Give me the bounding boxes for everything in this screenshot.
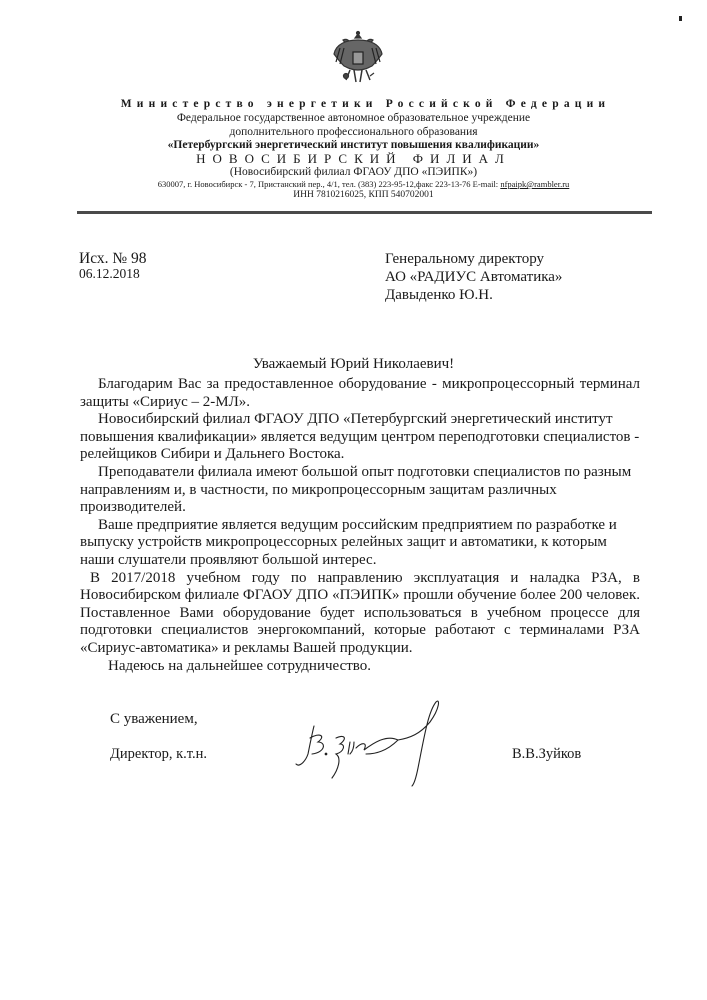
ministry-name: Министерство энергетики Российской Федер… (12, 98, 707, 110)
email-link[interactable]: nfpaipk@rambler.ru (500, 179, 569, 189)
branch-short-name: (Новосибирский филиал ФГАОУ ДПО «ПЭИПК») (0, 166, 707, 178)
letterhead-divider (77, 211, 652, 214)
scan-speck (679, 16, 682, 21)
paragraph: В 2017/2018 учебном году по направлению … (80, 570, 640, 658)
signer-title: Директор, к.т.н. (110, 746, 207, 763)
paragraph: Надеюсь на дальнейшее сотрудничество. (80, 658, 640, 676)
salutation: Уважаемый Юрий Николаевич! (0, 356, 707, 373)
contacts-line: 630007, г. Новосибирск - 7, Пристанский … (10, 179, 707, 189)
branch-name: НОВОСИБИРСКИЙ ФИЛИАЛ (0, 151, 707, 167)
letter-body: Благодарим Вас за предоставленное оборуд… (80, 376, 640, 675)
addressee-block: Генеральному директору АО «РАДИУС Автома… (385, 250, 562, 304)
coat-of-arms-icon (328, 28, 388, 88)
signer-name: В.В.Зуйков (512, 746, 581, 763)
org-type-line: Федеральное государственное автономное о… (0, 112, 707, 124)
requisites-line: ИНН 7810216025, КПП 540702001 (10, 190, 707, 200)
paragraph: Благодарим Вас за предоставленное оборуд… (80, 376, 640, 411)
addressee-position: Генеральному директору (385, 250, 562, 268)
paragraph: Новосибирский филиал ФГАОУ ДПО «Петербур… (80, 411, 640, 464)
contacts-address: 630007, г. Новосибирск - 7, Пристанский … (158, 179, 501, 189)
institute-name: «Петербургский энергетический институт п… (0, 139, 707, 151)
signature-icon (290, 698, 460, 788)
addressee-name: Давыденко Ю.Н. (385, 286, 562, 304)
paragraph: Преподаватели филиала имеют большой опыт… (80, 464, 640, 517)
paragraph: Ваше предприятие является ведущим россий… (80, 517, 640, 570)
outgoing-date: 06.12.2018 (79, 266, 140, 282)
closing-regards: С уважением, (110, 711, 198, 728)
addressee-company: АО «РАДИУС Автоматика» (385, 268, 562, 286)
org-type-line-2: дополнительного профессионального образо… (0, 126, 707, 138)
